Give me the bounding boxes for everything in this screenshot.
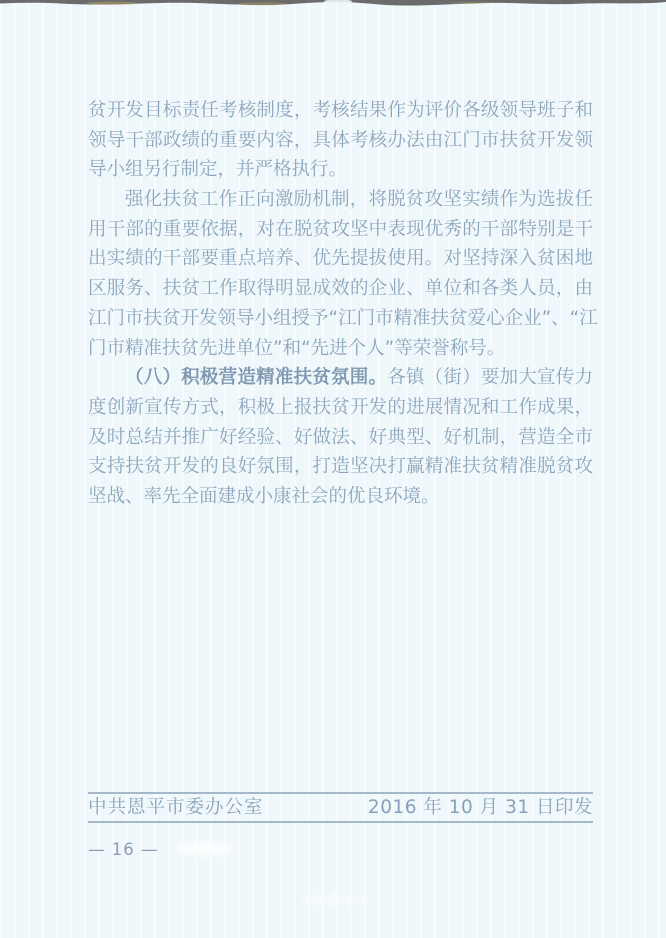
text-line: 坚战、率先全面建成小康社会的优良环境。 xyxy=(88,482,593,512)
document-body: 贫开发目标责任考核制度，考核结果作为评价各级领导班子和领导干部政绩的重要内容，具… xyxy=(88,96,593,512)
bleed-through-smudge xyxy=(300,895,370,905)
text-line: 领导干部政绩的重要内容，具体考核办法由江门市扶贫开发领 xyxy=(88,126,593,156)
scanner-edge-artifact xyxy=(0,0,666,10)
issuing-office: 中共恩平市委办公室 xyxy=(88,796,264,820)
text-line: 及时总结并推广好经验、好做法、好典型、好机制，营造全市 xyxy=(88,423,593,453)
text-line: 贫开发目标责任考核制度，考核结果作为评价各级领导班子和 xyxy=(88,96,593,126)
scanned-page: 贫开发目标责任考核制度，考核结果作为评价各级领导班子和领导干部政绩的重要内容，具… xyxy=(0,0,666,938)
page-number: — 16 — xyxy=(88,840,159,859)
text-line: 支持扶贫开发的良好氛围，打造坚决打赢精准扶贫精准脱贫攻 xyxy=(88,452,593,482)
text-segment: 各镇（街）要加大宣传力 xyxy=(387,367,593,388)
text-line: 江门市扶贫开发领导小组授予“江门市精准扶贫爱心企业”、“江 xyxy=(88,304,593,334)
text-line: 强化扶贫工作正向激励机制，将脱贫攻坚实绩作为选拔任 xyxy=(88,185,593,215)
colophon: 中共恩平市委办公室 2016 年 10 月 31 日印发 xyxy=(88,796,593,820)
text-line: 度创新宣传方式，积极上报扶贫开发的进展情况和工作成果， xyxy=(88,393,593,423)
text-line: 门市精准扶贫先进单位”和“先进个人”等荣誉称号。 xyxy=(88,334,593,364)
bleed-through-smudge xyxy=(175,842,235,856)
text-line: 区服务、扶贫工作取得明显成效的企业、单位和各类人员，由 xyxy=(88,274,593,304)
text-line: 出实绩的干部要重点培养、优先提拔使用。对坚持深入贫困地 xyxy=(88,244,593,274)
section-heading-segment: （八）积极营造精准扶贫氛围。 xyxy=(125,367,387,388)
footer-rule-top xyxy=(88,792,593,794)
footer-rule-bottom xyxy=(88,821,593,823)
print-date: 2016 年 10 月 31 日印发 xyxy=(368,796,593,820)
text-line: 用干部的重要依据，对在脱贫攻坚中表现优秀的干部特别是干 xyxy=(88,215,593,245)
text-line: 导小组另行制定，并严格执行。 xyxy=(88,155,593,185)
text-line: （八）积极营造精准扶贫氛围。各镇（街）要加大宣传力 xyxy=(88,363,593,393)
